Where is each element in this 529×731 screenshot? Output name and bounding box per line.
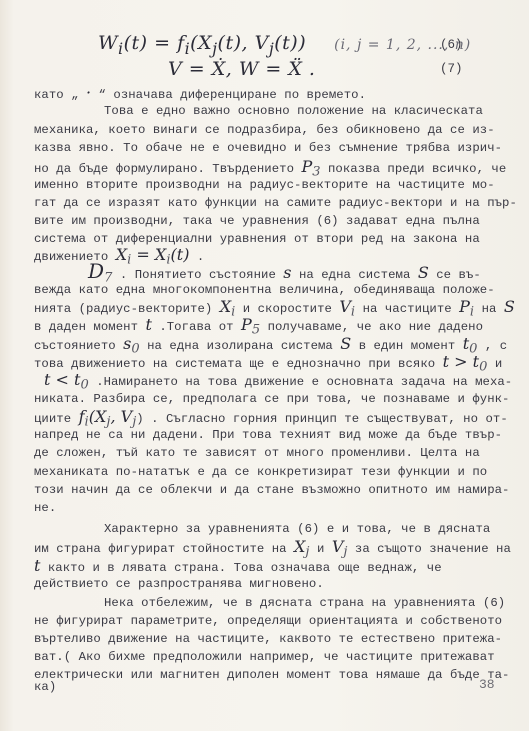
text-line: де сложен, тъй като те зависят от много … xyxy=(34,446,480,460)
scanned-page: Wi(t) = fi(Xj(t), Vj(t))(i, j = 1, 2, ..… xyxy=(0,0,529,731)
paragraph-start: Това е едно важно основно положение на к… xyxy=(104,104,483,118)
text-line: гат да се изразят като функции на самите… xyxy=(34,196,517,210)
definition-label: D xyxy=(88,259,104,283)
text-line: механика, което винаги се подразбира, бе… xyxy=(34,123,495,137)
text-line: въртеливо движение на частиците, каквото… xyxy=(34,632,502,646)
text-line: състоянието s0 на една изолирана система… xyxy=(34,337,507,356)
text-line: напред не са ни дадени. При това техният… xyxy=(34,428,502,442)
text-line: вите им производни, така че уравнения (6… xyxy=(34,214,480,228)
text-line: в даден момент t .Тогава от P5 получавам… xyxy=(34,318,483,337)
text-line: t < t0 .Намирането на това движение е ос… xyxy=(44,373,512,392)
text-line: им страна фигурират стойностите на Xj и … xyxy=(34,540,511,559)
paragraph-start: Характерно за уравненията (6) е и това, … xyxy=(104,522,490,536)
text-line: циите fi(Xj, Vj) . Съгласно горния принц… xyxy=(34,410,508,429)
text-line: електрически или магнитен диполен момент… xyxy=(34,668,509,682)
text-line: като „ · “ означава диференциране по вре… xyxy=(34,86,366,102)
text-line: вежда като една многокомпонентна величин… xyxy=(34,283,495,297)
text-line: не фигурират параметрите, определящи ори… xyxy=(34,614,502,628)
text-line: система от диференциални уравнения от вт… xyxy=(34,232,480,246)
text-line: именно вторите производни на радиус-вект… xyxy=(34,178,495,192)
equation-6-number: (6) xyxy=(440,38,463,52)
text-line: но да бъде формулирано. Твърдението P3 п… xyxy=(34,160,506,179)
text-line: не. xyxy=(34,501,56,515)
text-line: t както и в лявата страна. Това означава… xyxy=(34,559,442,575)
text-line: това движението на системата ще е еднозн… xyxy=(34,355,502,374)
text-line: ват.( Ако бихме предположили например, ч… xyxy=(34,650,495,664)
text-line: механиката по-нататък е да се конкретизи… xyxy=(34,465,487,479)
paragraph-start: Нека отбележим, че в дясната страна на у… xyxy=(104,596,505,610)
text-line: действието се разпространява мигновено. xyxy=(34,577,324,591)
text-line: ка) xyxy=(34,680,56,694)
equation-6: Wi(t) = fi(Xj(t), Vj(t))(i, j = 1, 2, ..… xyxy=(98,32,471,58)
equation-7-number: (7) xyxy=(440,62,463,76)
equation-7: V = Ẋ, W = Ẍ . xyxy=(168,58,315,80)
text-line: никата. Разбира се, предполага се при то… xyxy=(34,392,509,406)
text-line: нията (радиус-векторите) Xi и скоростите… xyxy=(34,300,515,319)
page-number: 38 xyxy=(479,677,495,692)
text-line: казва явно. То обаче не е очевидно и без… xyxy=(34,141,502,155)
text-line: този начин да се облекчи и да стане възм… xyxy=(34,483,509,497)
